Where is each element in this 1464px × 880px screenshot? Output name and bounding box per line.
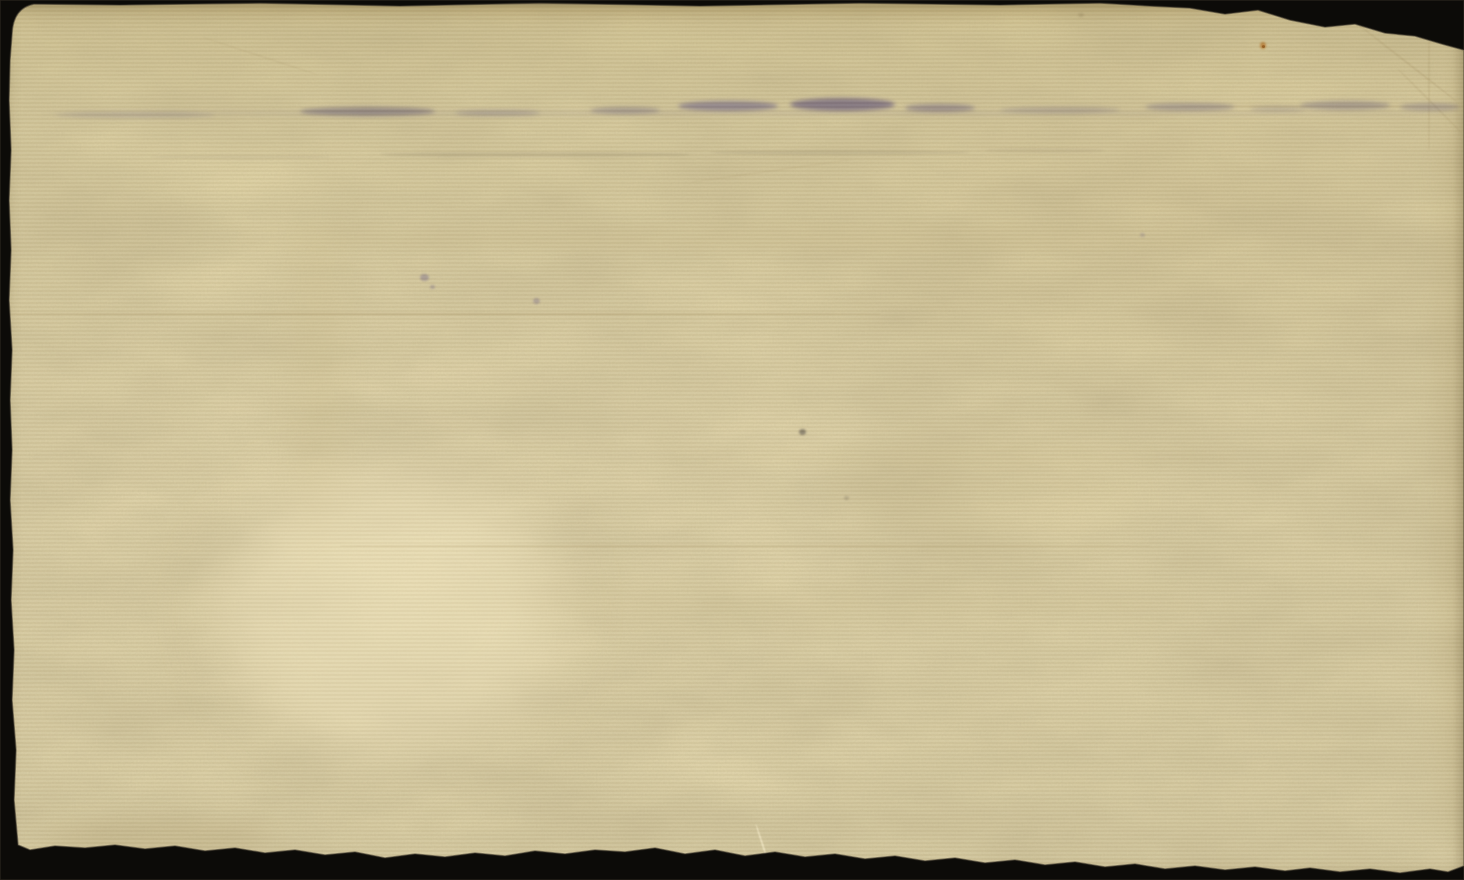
violet-speck <box>430 285 435 289</box>
violet-speck <box>420 274 429 281</box>
pencil-speck <box>799 429 806 435</box>
speck-layer <box>0 0 1464 880</box>
foxing-spot-core <box>1262 45 1265 48</box>
pencil-speck <box>844 496 849 500</box>
aged-blank-card <box>0 0 1464 880</box>
pencil-speck <box>1078 13 1084 17</box>
violet-speck <box>533 298 540 304</box>
scanner-bed <box>0 0 1464 880</box>
violet-speck <box>1140 233 1145 237</box>
